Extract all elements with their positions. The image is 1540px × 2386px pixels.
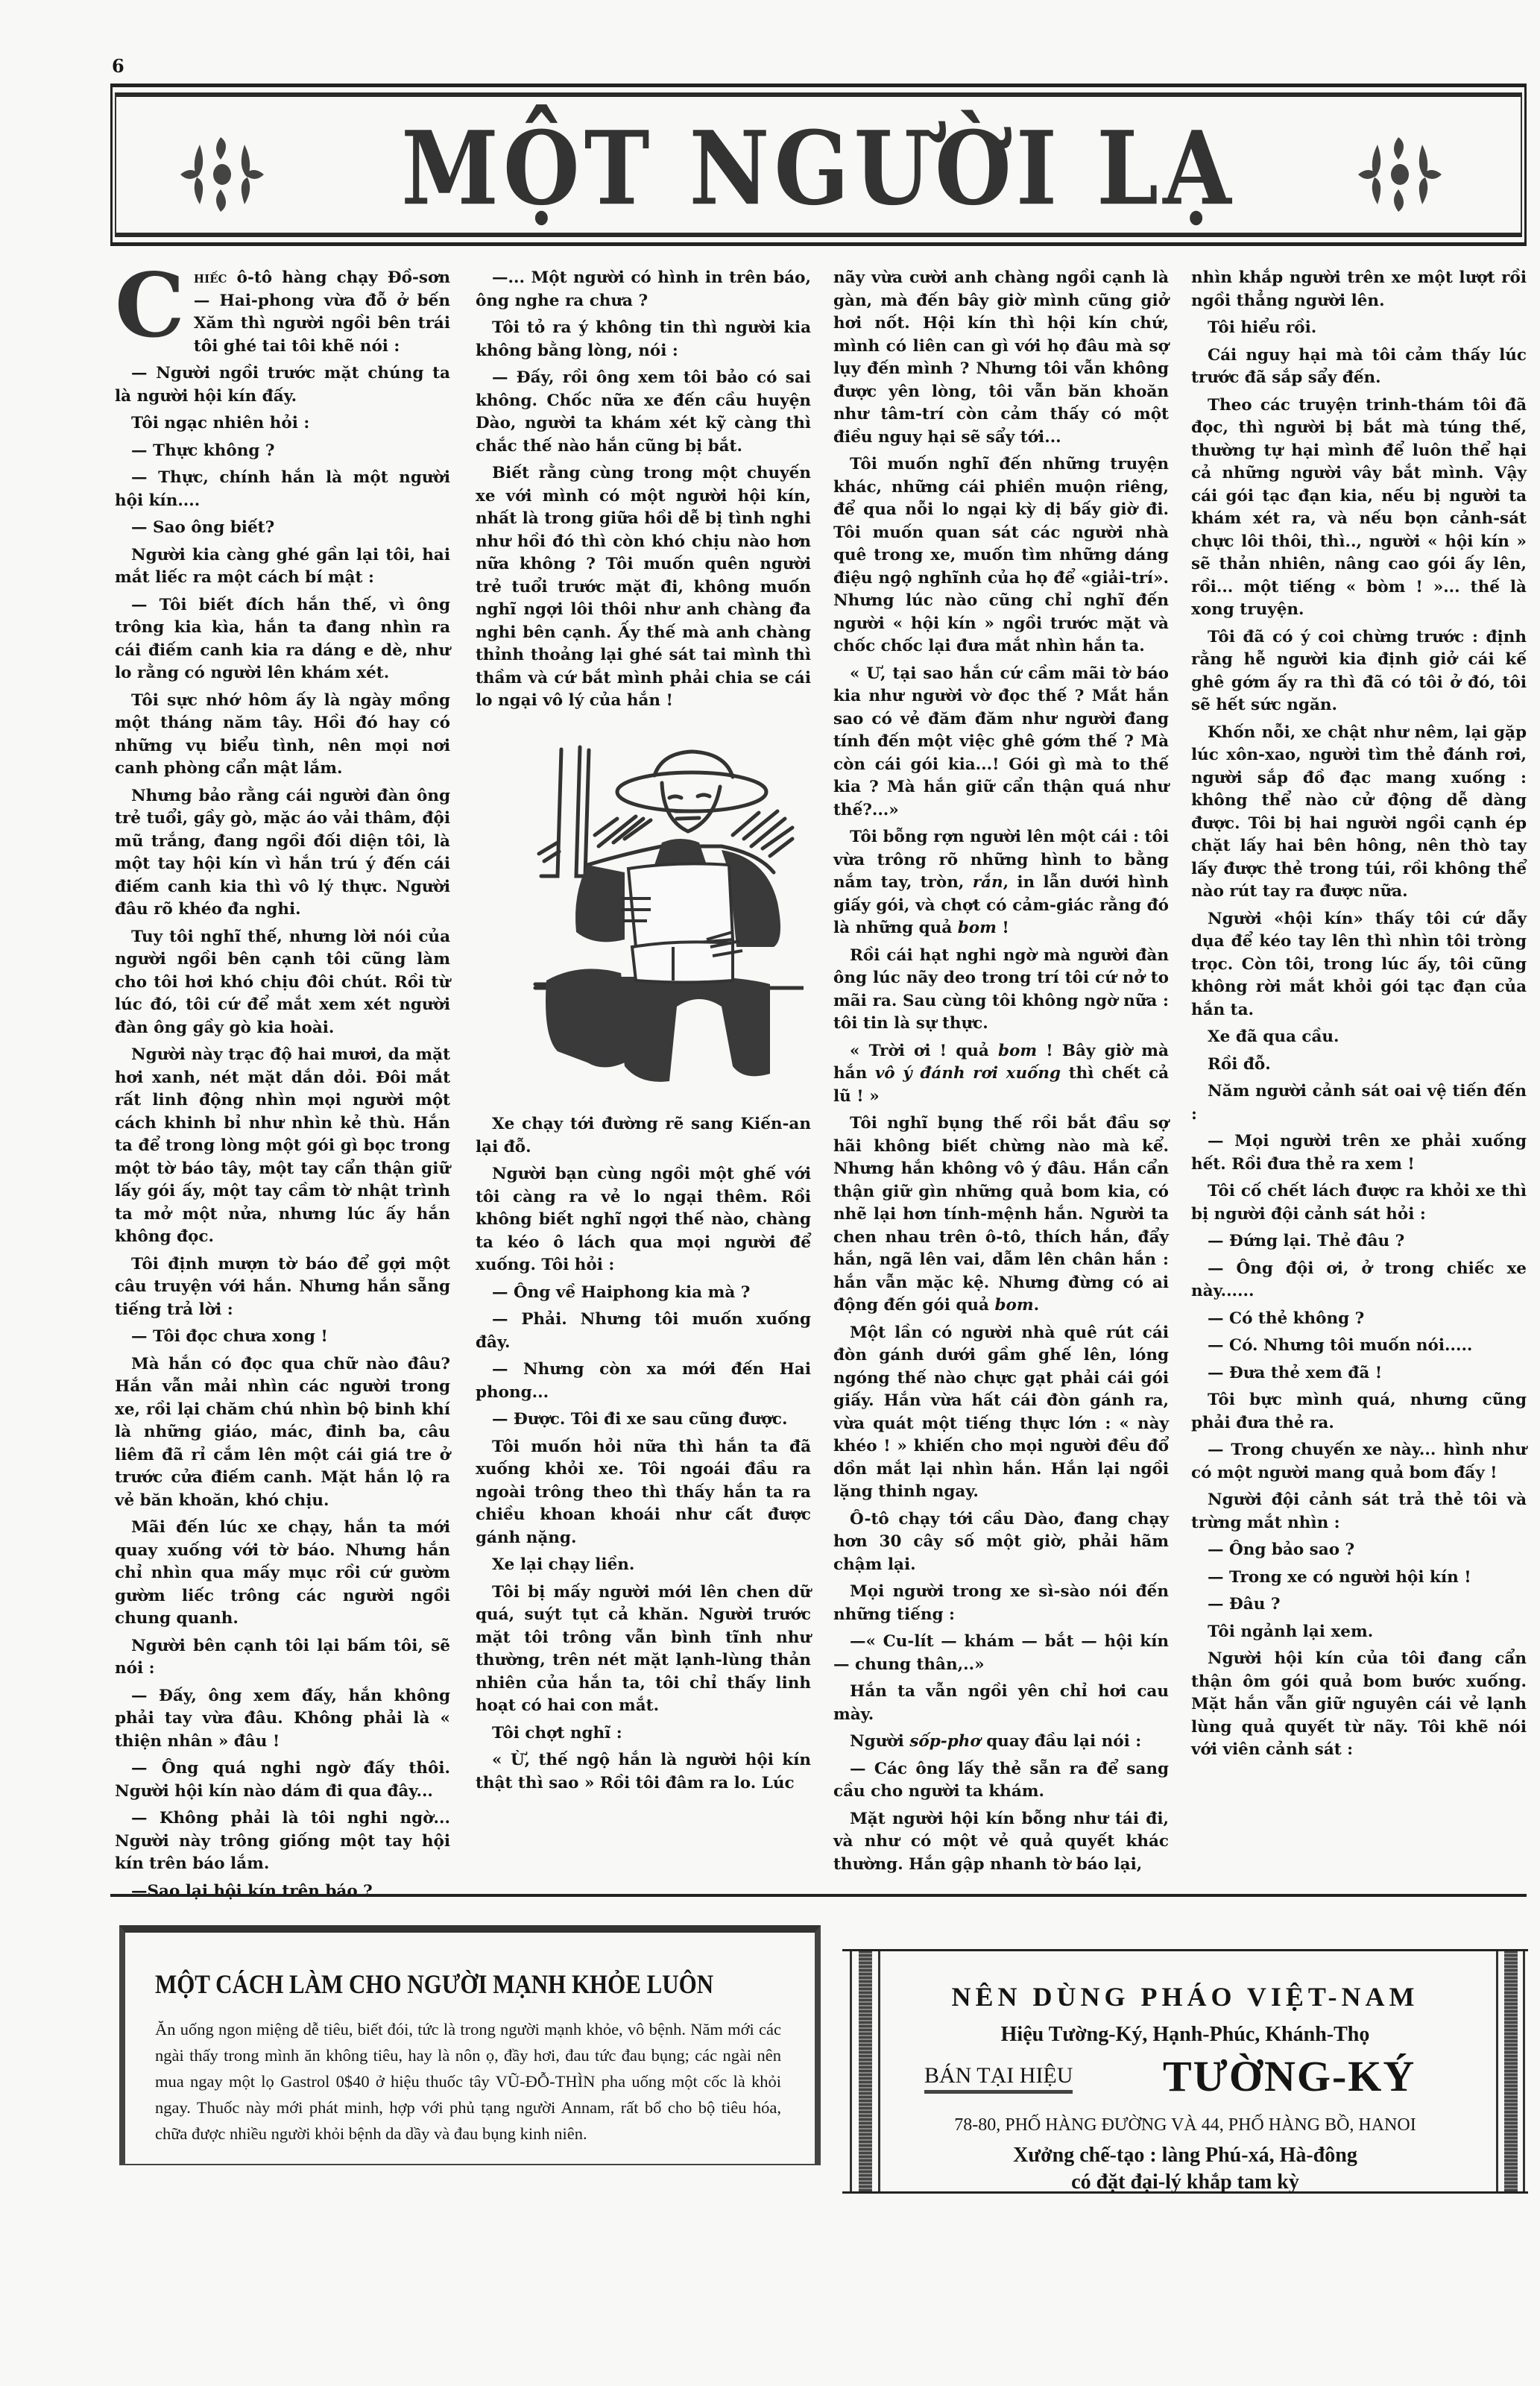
column-3: nãy vừa cười anh chàng ngồi cạnh là gàn,… [833,267,1169,1880]
paragraph: Tôi cố chết lách được ra khỏi xe thì bị … [1191,1180,1527,1226]
decorative-border [859,1951,872,2191]
paragraph: Tôi bực mình quá, nhưng cũng phải đưa th… [1191,1389,1527,1435]
column-1: Chiếc ô-tô hàng chạy Đồ-sơn — Hai-phong … [115,267,450,1907]
paragraph: — Ông bảo sao ? [1191,1539,1527,1562]
paragraph: Năm người cảnh sát oai vệ tiến đến : [1191,1080,1527,1126]
paragraph: Tôi sực nhớ hôm ấy là ngày mồng một thán… [115,690,450,781]
paragraph: Ô-tô chạy tới cầu Dào, đang chạy hơn 30 … [833,1508,1169,1577]
decorative-border [1504,1951,1518,2191]
paragraph: — Đấy, rồi ông xem tôi bảo có sai không.… [476,367,811,458]
paragraph: Tuy tôi nghĩ thế, nhưng lời nói của ngườ… [115,926,450,1040]
paragraph: Khốn nỗi, xe chật như nêm, lại gặp lúc x… [1191,722,1527,904]
paragraph: « Ư, tại sao hắn cứ cầm mãi tờ báo kia n… [833,663,1169,822]
border-line [878,1951,880,2191]
paragraph: — Có. Nhưng tôi muốn nói..... [1191,1335,1527,1358]
paragraph: Mà hắn có đọc qua chữ nào đâu? Hắn vẫn m… [115,1353,450,1513]
border-line [1523,1951,1525,2191]
paragraph: Tôi đã có ý coi chừng trước : định rằng … [1191,626,1527,717]
paragraph: nhìn khắp người trên xe một lượt rồi ngồ… [1191,267,1527,312]
paragraph: Xe lại chạy liền. [476,1554,811,1577]
paragraph: — Thực không ? [115,440,450,463]
paragraph: — Ông đội ơi, ở trong chiếc xe này...... [1191,1258,1527,1303]
paragraph: Người hội kín của tôi đang cẩn thận ôm g… [1191,1648,1527,1762]
paragraph: —Sao lại hội kín trên báo ? [115,1880,450,1904]
paragraph: Tôi muốn hỏi nữa thì hắn ta đã xuống khỏ… [476,1436,811,1550]
paragraph: nãy vừa cười anh chàng ngồi cạnh là gàn,… [833,267,1169,449]
paragraph: — Mọi người trên xe phải xuống hết. Rồi … [1191,1130,1527,1176]
paragraph: Tôi nghĩ bụng thế rồi bắt đầu sợ hãi khô… [833,1112,1169,1318]
paragraph: —... Một người có hình in trên báo, ông … [476,267,811,312]
paragraph: Người kia càng ghé gần lại tôi, hai mắt … [115,544,450,590]
paragraph: Tôi bỗng rợn người lên một cái : tôi vừa… [833,826,1169,940]
section-divider [110,1894,1527,1897]
paragraph: Xe đã qua cầu. [1191,1026,1527,1049]
paragraph: Người đội cảnh sát trả thẻ tôi và trừng … [1191,1489,1527,1534]
paragraph: Người này trạc độ hai mươi, da mặt hơi x… [115,1044,450,1249]
paragraph: Mãi đến lúc xe chạy, hắn ta mới quay xuố… [115,1517,450,1631]
advertisement-gastrol: MỘT CÁCH LÀM CHO NGƯỜI MẠNH KHỎE LUÔN Ăn… [119,1925,821,2165]
article-body: Chiếc ô-tô hàng chạy Đồ-sơn — Hai-phong … [110,267,1527,1870]
paragraph: — Trong chuyến xe này... hình như có một… [1191,1439,1527,1485]
paragraph: — Ông về Haiphong kia mà ? [476,1282,811,1305]
paragraph: — Các ông lấy thẻ sẵn ra để sang cầu cho… [833,1758,1169,1804]
paragraph: Xe chạy tới đường rẽ sang Kiến-an lại đỗ… [476,1113,811,1159]
paragraph: — Người ngồi trước mặt chúng ta là người… [115,362,450,408]
paragraph: Người sốp-phơ quay đầu lại nói : [833,1731,1169,1754]
ad-address: 78-80, PHỐ HÀNG ĐƯỜNG VÀ 44, PHỐ HÀNG BỒ… [887,2115,1483,2135]
ad-headline: NÊN DÙNG PHÁO VIỆT-NAM [887,1981,1483,2012]
paragraph: Tôi ngảnh lại xem. [1191,1621,1527,1644]
ad-brands: Hiệu Tường-Ký, Hạnh-Phúc, Khánh-Thọ [887,2023,1483,2047]
paragraph: — Đứng lại. Thẻ đâu ? [1191,1230,1527,1253]
paragraph: — Được. Tôi đi xe sau cũng được. [476,1408,811,1432]
paragraph: Người bên cạnh tôi lại bấm tôi, sẽ nói : [115,1635,450,1681]
paragraph: Mọi người trong xe sì-sào nói đến những … [833,1581,1169,1626]
paragraph: — Tôi biết đích hắn thế, vì ông trông ki… [115,594,450,685]
paragraph: Rồi cái hạt nghi ngờ mà người đàn ông lú… [833,945,1169,1036]
paragraph: Biết rằng cùng trong một chuyến xe với m… [476,462,811,713]
paragraph: — Nhưng còn xa mới đến Hai phong... [476,1359,811,1404]
paragraph: « Ừ, thế ngộ hắn là người hội kín thật t… [476,1749,811,1795]
paragraph: — Phải. Nhưng tôi muốn xuống đây. [476,1309,811,1354]
border-line [1496,1951,1498,2191]
drop-cap: C [115,270,185,341]
column-2: —... Một người có hình in trên báo, ông … [476,267,811,1799]
ad-content: NÊN DÙNG PHÁO VIỆT-NAM Hiệu Tường-Ký, Hạ… [887,1951,1483,2191]
paragraph: Hắn ta vẫn ngồi yên chỉ hơi cau mày. [833,1681,1169,1726]
paragraph: —« Cu-lít — khám — bắt — hội kín — chung… [833,1631,1169,1676]
paragraph: Chiếc ô-tô hàng chạy Đồ-sơn — Hai-phong … [115,267,450,358]
paragraph: Một lần có người nhà quê rút cái đòn gán… [833,1322,1169,1504]
paragraph: Mặt người hội kín bỗng như tái đi, và nh… [833,1808,1169,1877]
paragraph: Cái nguy hại mà tôi cảm thấy lúc trước đ… [1191,344,1527,390]
paragraph: « Trời ơi ! quả bom ! Bây giờ mà hắn vô … [833,1040,1169,1109]
advertisement-tuong-ky: NÊN DÙNG PHÁO VIỆT-NAM Hiệu Tường-Ký, Hạ… [842,1949,1528,2194]
page-number: 6 [112,55,124,77]
paragraph: Người «hội kín» thấy tôi cứ dẫy dụa để k… [1191,908,1527,1022]
paragraph: — Đưa thẻ xem đã ! [1191,1362,1527,1385]
ad-store-name: TƯỜNG-KÝ [1163,2051,1416,2101]
paragraph: — Thực, chính hắn là một người hội kín..… [115,467,450,512]
ad-body: Ăn uống ngon miệng dễ tiêu, biết đói, tứ… [155,2016,781,2147]
paragraph: — Đấy, ông xem đấy, hắn không phải tay v… [115,1685,450,1754]
ad-sold-at-label: BÁN TẠI HIỆU [924,2063,1073,2094]
title-banner: MỘT NGƯỜI LẠ [110,84,1527,246]
paragraph: — Có thẻ không ? [1191,1308,1527,1331]
illustration-seated-man-icon [476,723,804,1096]
paragraph: — Đâu ? [1191,1593,1527,1617]
floral-ornament-icon [1355,130,1445,219]
paragraph: Tôi định mượn tờ báo để gợi một câu truy… [115,1253,450,1322]
paragraph: Nhưng bảo rằng cái người đàn ông trẻ tuổ… [115,785,450,922]
paragraph: — Không phải là tôi nghi ngờ... Người nà… [115,1807,450,1876]
paragraph: Theo các truyện trinh-thám tôi đã đọc, t… [1191,394,1527,622]
ad-factory: Xưởng chế-tạo : làng Phú-xá, Hà-đông [887,2144,1483,2168]
paragraph: — Trong xe có người hội kín ! [1191,1567,1527,1590]
paragraph: Tôi tỏ ra ý không tin thì người kia khôn… [476,317,811,362]
column-4: nhìn khắp người trên xe một lượt rồi ngồ… [1191,267,1527,1766]
paragraph: Tôi bị mấy người mới lên chen dữ quá, su… [476,1581,811,1718]
paragraph: Tôi muốn nghĩ đến những truyện khác, nhữ… [833,453,1169,658]
article-title: MỘT NGƯỜI LẠ [110,109,1527,228]
paragraph: Người bạn cùng ngồi một ghế với tôi càng… [476,1163,811,1277]
ad-agents: có đặt đại-lý khắp tam kỳ [887,2171,1483,2194]
paragraph: — Sao ông biết? [115,517,450,540]
paragraph: Tôi chợt nghĩ : [476,1722,811,1746]
paragraph: — Tôi đọc chưa xong ! [115,1326,450,1349]
paragraph: Tôi ngạc nhiên hỏi : [115,412,450,435]
paragraph: Rồi đỗ. [1191,1054,1527,1077]
paragraph: — Ông quá nghi ngờ đấy thôi. Người hội k… [115,1757,450,1803]
border-line [850,1951,852,2191]
paragraph: Tôi hiểu rồi. [1191,317,1527,340]
ad-headline: MỘT CÁCH LÀM CHO NGƯỜI MẠNH KHỎE LUÔN [155,1968,713,2000]
